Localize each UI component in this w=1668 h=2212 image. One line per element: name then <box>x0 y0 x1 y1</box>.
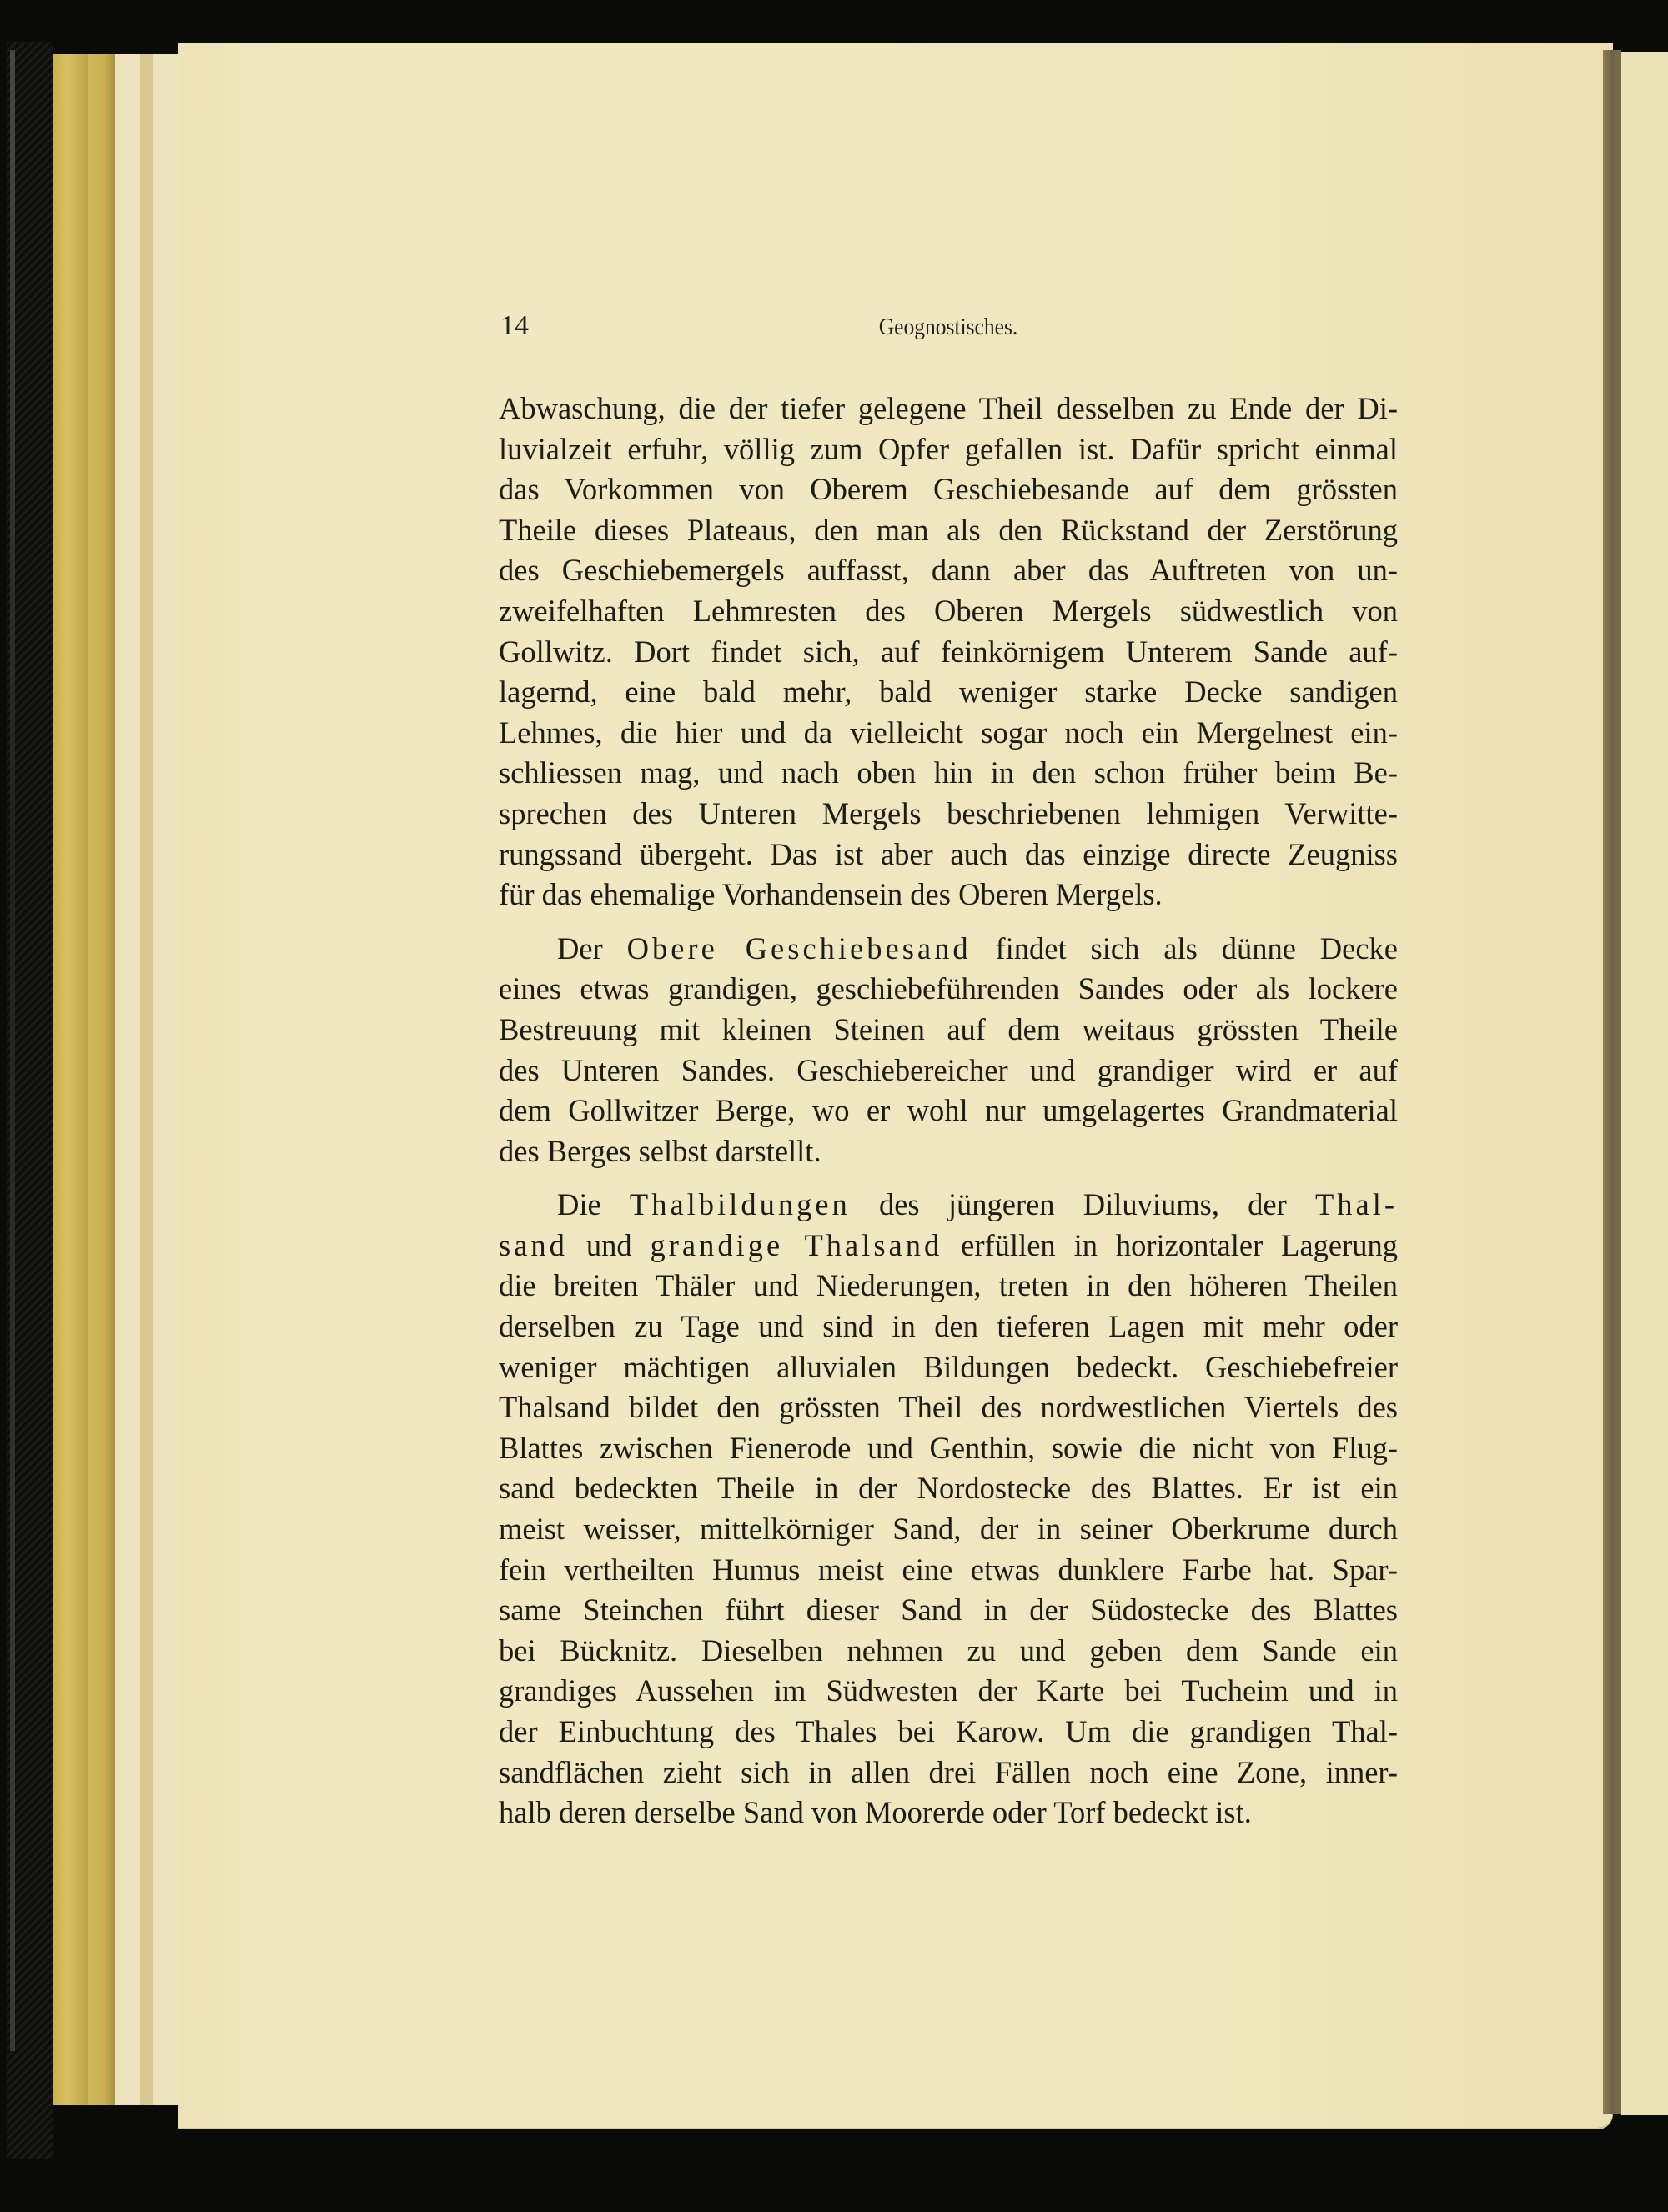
paragraph-2: Der Obere Geschiebesand findet sich als … <box>499 929 1398 1172</box>
gilt-leaf-edge <box>88 54 115 2105</box>
text-line: meist weisser, mittelkörniger Sand, der … <box>499 1509 1398 1550</box>
text-line: eines etwas grandigen, geschiebeführende… <box>499 969 1398 1010</box>
text-line: dem Gollwitzer Berge, wo er wohl nur umg… <box>499 1091 1398 1131</box>
text-line: luvialzeit erfuhr, völlig zum Opfer gefa… <box>499 429 1398 470</box>
text-line: Die Thalbildungen des jüngeren Diluviums… <box>499 1185 1398 1226</box>
text-line: halb deren derselbe Sand von Moorerde od… <box>499 1793 1398 1833</box>
text-line: Thalsand bildet den grössten Theil des n… <box>499 1387 1398 1428</box>
text-line: rungssand übergeht. Das ist aber auch da… <box>499 835 1398 875</box>
spaced-term: grandige Thalsand <box>651 1228 943 1262</box>
text-line: Bestreuung mit kleinen Steinen auf dem w… <box>499 1010 1398 1051</box>
text-line: sand und grandige Thalsand erfüllen in h… <box>499 1226 1398 1267</box>
text-line: derselben zu Tage und sind in den tiefer… <box>499 1307 1398 1347</box>
text-line: Theile dieses Plateaus, den man als den … <box>499 510 1398 551</box>
line-rest: des jüngeren Diluviums, der <box>879 1187 1287 1221</box>
text-line: Lehmes, die hier und da vielleicht sogar… <box>499 713 1398 754</box>
leaf-edge <box>140 54 153 2105</box>
page-content: 14 Geognostisches. Abwaschung, die der t… <box>499 310 1398 1833</box>
gilt-leaf-edge <box>53 54 88 2105</box>
text-line: same Steinchen führt dieser Sand in der … <box>499 1590 1398 1631</box>
text-line: das Vorkommen von Oberem Geschiebesande … <box>499 469 1398 510</box>
line-rest: erfüllen in horizontaler Lagerung <box>961 1228 1398 1262</box>
spaced-term: Thal- <box>1315 1187 1398 1221</box>
text-line: schliessen mag, und nach oben hin in den… <box>499 753 1398 794</box>
text-line: des Unteren Sandes. Geschiebereicher und… <box>499 1051 1398 1091</box>
text-line: fein vertheilten Humus meist eine etwas … <box>499 1550 1398 1591</box>
spaced-term: Thalbildungen <box>630 1187 851 1221</box>
leaf-edge <box>115 54 140 2105</box>
gutter-shadow <box>1603 50 1621 2114</box>
paragraph-1: Abwaschung, die der tiefer gelegene Thei… <box>499 389 1398 915</box>
paragraph-3: Die Thalbildungen des jüngeren Diluviums… <box>499 1185 1398 1833</box>
text-line: bei Bücknitz. Dieselben nehmen zu und ge… <box>499 1631 1398 1672</box>
text-line: Abwaschung, die der tiefer gelegene Thei… <box>499 389 1398 429</box>
text-line: die breiten Thäler und Niederungen, tret… <box>499 1266 1398 1307</box>
text-line: sprechen des Unteren Mergels beschrieben… <box>499 794 1398 835</box>
text-line: sandflächen zieht sich in allen drei Fäl… <box>499 1753 1398 1793</box>
running-head: 14 Geognostisches. <box>499 310 1398 360</box>
lead-word: Die <box>557 1187 601 1221</box>
text-line: des Geschiebemergels auffasst, dann aber… <box>499 550 1398 591</box>
text-line: weniger mächtigen alluvialen Bildungen b… <box>499 1347 1398 1388</box>
body-text: Abwaschung, die der tiefer gelegene Thei… <box>499 389 1398 1833</box>
facing-page-edge <box>1621 52 1668 2115</box>
line-rest: findet sich als dünne Decke <box>996 931 1399 966</box>
line-text: und <box>586 1228 632 1262</box>
spaced-term: Obere Geschiebesand <box>627 931 972 966</box>
lead-word: Der <box>557 931 603 966</box>
text-line: sand bedeckten Theile in der Nordostecke… <box>499 1468 1398 1509</box>
page-number: 14 <box>500 310 529 342</box>
text-line: zweifelhaften Lehmresten des Oberen Merg… <box>499 591 1398 632</box>
text-line: Blattes zwischen Fienerode und Genthin, … <box>499 1428 1398 1469</box>
text-line: lagernd, eine bald mehr, bald weniger st… <box>499 672 1398 713</box>
binding-highlight <box>10 50 15 2051</box>
running-title: Geognostisches. <box>553 313 1344 341</box>
text-line: der Einbuchtung des Thales bei Karow. Um… <box>499 1712 1398 1753</box>
text-line: des Berges selbst darstellt. <box>499 1131 1398 1172</box>
text-line: grandiges Aussehen im Südwesten der Kart… <box>499 1671 1398 1712</box>
text-line: Der Obere Geschiebesand findet sich als … <box>499 929 1398 970</box>
text-line: für das ehemalige Vorhandensein des Ober… <box>499 875 1398 915</box>
spaced-term: sand <box>499 1228 568 1262</box>
text-line: Gollwitz. Dort findet sich, auf feinkörn… <box>499 632 1398 673</box>
